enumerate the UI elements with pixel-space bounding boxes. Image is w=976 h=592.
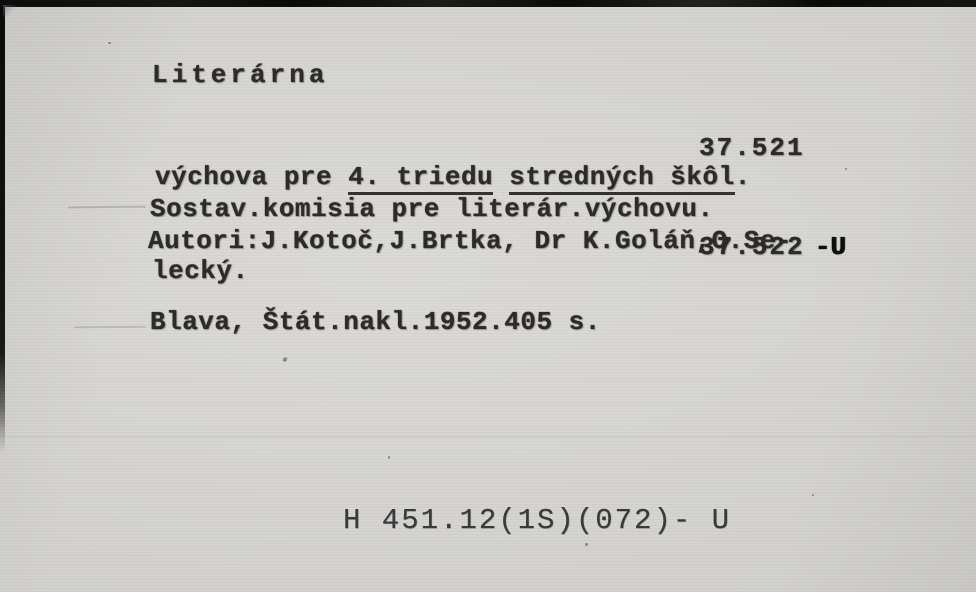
classification-suffix: -U bbox=[815, 232, 846, 262]
title-segment: výchova pre bbox=[155, 162, 348, 192]
imprint-line: Blava, Štát.nakl.1952.405 s. bbox=[150, 307, 601, 337]
paper-speck bbox=[585, 543, 588, 546]
paper-speck bbox=[108, 42, 111, 44]
authors-line-continuation: lecký. bbox=[152, 256, 249, 286]
paper-speck bbox=[388, 456, 390, 459]
title-underlined-grade: 4. triedu bbox=[348, 162, 493, 195]
paper-crease bbox=[0, 436, 976, 439]
title-segment-space bbox=[493, 162, 509, 192]
title-line: výchova pre 4. triedu stredných škôl. bbox=[155, 162, 751, 192]
catalog-card-scan: Literárna 37.521 37.522-U výchova pre 4.… bbox=[0, 0, 976, 592]
classification-number-1: 37.521 bbox=[699, 132, 846, 165]
card-heading: Literárna bbox=[152, 60, 328, 90]
statement-line: Sostav.komisia pre literár.výchovu. bbox=[150, 194, 714, 224]
scan-edge-left bbox=[0, 0, 5, 452]
paper-speck bbox=[282, 356, 288, 362]
pencil-mark bbox=[74, 326, 146, 329]
paper-speck bbox=[812, 494, 814, 496]
paper-speck bbox=[845, 168, 847, 170]
title-underlined-school: stredných škôl bbox=[509, 162, 734, 195]
classification-numbers: 37.521 37.522-U bbox=[699, 66, 846, 330]
pencil-mark bbox=[68, 206, 146, 209]
scan-edge-top bbox=[0, 0, 976, 7]
call-number: H 451.12(1S)(072)- U bbox=[343, 504, 731, 537]
title-segment-period: . bbox=[735, 162, 751, 192]
paper-corner-fold bbox=[3, 5, 19, 17]
authors-line: Autori:J.Kotoč,J.Brtka, Dr K.Goláň,O.Se- bbox=[148, 226, 792, 256]
